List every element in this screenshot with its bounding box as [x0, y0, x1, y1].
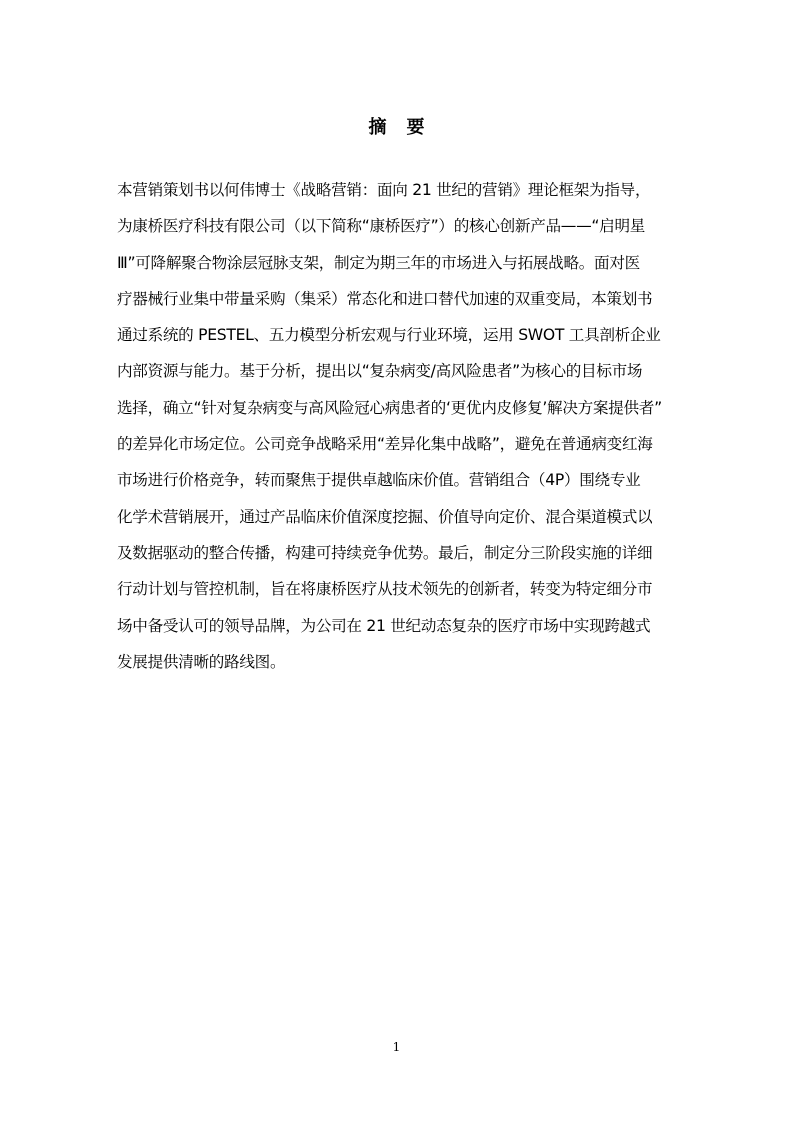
abstract-line: 发展提供清晰的路线图。 [117, 650, 677, 686]
abstract-line: 市场进行价格竞争，转而聚焦于提供卓越临床价值。营销组合（4P）围绕专业 [117, 468, 677, 504]
abstract-line: 化学术营销展开，通过产品临床价值深度挖掘、价值导向定价、混合渠道模式以 [117, 505, 677, 541]
abstract-line: 通过系统的 PESTEL、五力模型分析宏观与行业环境，运用 SWOT 工具剖析企… [117, 323, 677, 359]
title-char-2: 要 [407, 113, 425, 139]
abstract-line: 行动计划与管控机制，旨在将康桥医疗从技术领先的创新者，转变为特定细分市 [117, 577, 677, 613]
abstract-line: 内部资源与能力。基于分析，提出以“复杂病变/高风险患者”为核心的目标市场 [117, 359, 677, 395]
abstract-line: 疗器械行业集中带量采购（集采）常态化和进口替代加速的双重变局，本策划书 [117, 287, 677, 323]
abstract-line: 选择，确立“针对复杂病变与高风险冠心病患者的‘更优内皮修复’解决方案提供者” [117, 396, 677, 432]
page-number: 1 [0, 1040, 793, 1054]
abstract-line: 及数据驱动的整合传播，构建可持续竞争优势。最后，制定分三阶段实施的详细 [117, 541, 677, 577]
page-title: 摘要 [0, 113, 793, 139]
abstract-body: 本营销策划书以何伟博士《战略营销：面向 21 世纪的营销》理论框架为指导， 为康… [117, 178, 677, 686]
abstract-line: 为康桥医疗科技有限公司（以下简称“康桥医疗”）的核心创新产品——“启明星 [117, 214, 677, 250]
abstract-line: 本营销策划书以何伟博士《战略营销：面向 21 世纪的营销》理论框架为指导， [117, 178, 677, 214]
abstract-line: 场中备受认可的领导品牌，为公司在 21 世纪动态复杂的医疗市场中实现跨越式 [117, 614, 677, 650]
abstract-line: 的差异化市场定位。公司竞争战略采用“差异化集中战略”，避免在普通病变红海 [117, 432, 677, 468]
title-char-1: 摘 [369, 113, 387, 139]
abstract-line: Ⅲ”可降解聚合物涂层冠脉支架，制定为期三年的市场进入与拓展战略。面对医 [117, 251, 677, 287]
